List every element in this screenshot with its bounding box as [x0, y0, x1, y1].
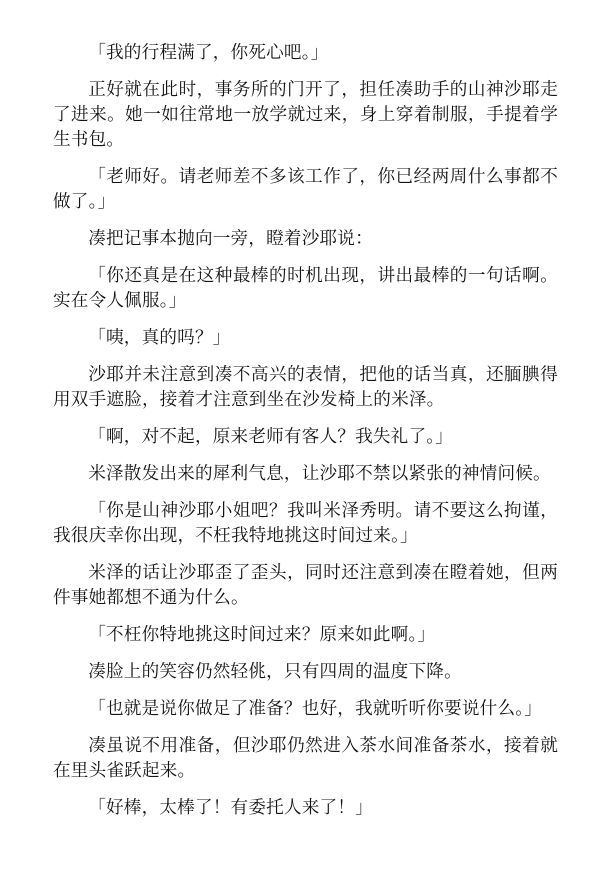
- paragraph-dialogue: 「你是山神沙耶小姐吧？我叫米泽秀明。请不要这么拘谨，我很庆幸你出现，不枉我特地挑…: [53, 498, 558, 548]
- paragraph-dialogue: 「你还真是在这种最棒的时机出现，讲出最棒的一句话啊。实在令人佩服。」: [53, 263, 558, 313]
- paragraph-dialogue: 「我的行程满了，你死心吧。」: [53, 40, 558, 65]
- paragraph-narration: 凑虽说不用准备，但沙耶仍然进入茶水间准备茶水，接着就在里头雀跃起来。: [53, 733, 558, 783]
- paragraph-narration: 米泽散发出来的犀利气息，让沙耶不禁以紧张的神情问候。: [53, 461, 558, 486]
- paragraph-narration: 正好就在此时，事务所的门开了，担任凑助手的山神沙耶走了进来。她一如往常地一放学就…: [53, 77, 558, 152]
- paragraph-narration: 沙耶并未注意到凑不高兴的表情，把他的话当真，还腼腆得用双手遮脸，接着才注意到坐在…: [53, 362, 558, 412]
- paragraph-dialogue: 「咦，真的吗？」: [53, 325, 558, 350]
- ebook-page: 「我的行程满了，你死心吧。」 正好就在此时，事务所的门开了，担任凑助手的山神沙耶…: [0, 0, 613, 869]
- paragraph-dialogue: 「啊，对不起，原来老师有客人？我失礼了。」: [53, 424, 558, 449]
- paragraph-dialogue: 「不枉你特地挑这时间过来？原来如此啊。」: [53, 622, 558, 647]
- paragraph-narration: 凑把记事本抛向一旁，瞪着沙耶说：: [53, 226, 558, 251]
- paragraph-narration: 米泽的话让沙耶歪了歪头，同时还注意到凑在瞪着她，但两件事她都想不通为什么。: [53, 560, 558, 610]
- paragraph-dialogue: 「老师好。请老师差不多该工作了，你已经两周什么事都不做了。」: [53, 164, 558, 214]
- paragraph-narration: 凑脸上的笑容仍然轻佻，只有四周的温度下降。: [53, 659, 558, 684]
- paragraph-dialogue: 「好棒，太棒了！有委托人来了！」: [53, 795, 558, 820]
- novel-text-block: 「我的行程满了，你死心吧。」 正好就在此时，事务所的门开了，担任凑助手的山神沙耶…: [53, 40, 558, 820]
- paragraph-dialogue: 「也就是说你做足了准备？也好，我就听听你要说什么。」: [53, 696, 558, 721]
